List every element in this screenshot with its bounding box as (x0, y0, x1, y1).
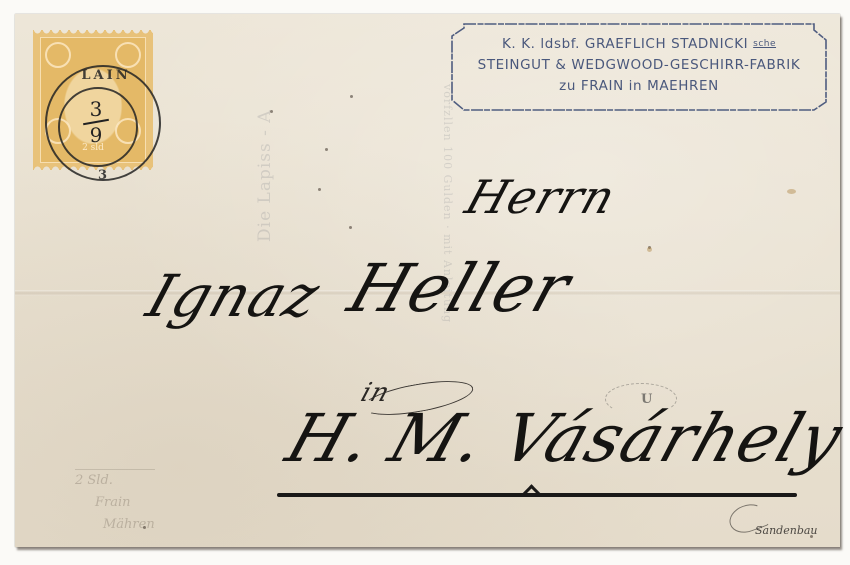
pencil-note-value: 2 Sld. (75, 470, 155, 492)
postmark-bottom-mark: 3 (98, 168, 107, 183)
pencil-note-region: Mähren (75, 514, 155, 536)
address-first-name: Ignaz (139, 262, 329, 330)
handstamp-line-1-suffix: sche (753, 39, 776, 49)
postmark-date: 3 9 (78, 98, 114, 146)
foxing-speck (318, 188, 321, 191)
company-handstamp: K. K. ldsbf. GRAEFLICH STADNICKI sche ST… (450, 22, 828, 112)
stamp-ornament-icon (115, 42, 141, 68)
foxing-speck (810, 535, 813, 538)
postmark-month: 9 (90, 123, 103, 147)
pencil-note-town: Frain (75, 492, 155, 514)
foxing-speck (349, 226, 352, 229)
address-last-name: Heller (339, 250, 579, 327)
handstamp-line-1: K. K. ldsbf. GRAEFLICH STADNICKI sche (450, 34, 828, 55)
foxing-speck (270, 110, 273, 113)
foxing-speck (350, 95, 353, 98)
postmark-town: LAIN (66, 68, 146, 83)
paper-stain (647, 247, 652, 252)
foxing-speck (325, 148, 328, 151)
arrival-postmark-mark: U (641, 392, 652, 407)
address-underline-flourish (277, 493, 797, 497)
stamp-ornament-icon (45, 42, 71, 68)
expert-signature: Sandenbau (755, 524, 818, 537)
foxing-speck (143, 526, 146, 529)
handstamp-line-1-main: K. K. ldsbf. GRAEFLICH STADNICKI (502, 36, 748, 52)
paper-stain (787, 189, 796, 194)
handstamp-line-2: STEINGUT & WEDGWOOD-GESCHIRR-FABRIK (450, 55, 828, 76)
handstamp-line-3: zu FRAIN in MAEHREN (450, 76, 828, 97)
postmark-day: 3 (90, 97, 103, 121)
address-salutation: Herrn (459, 170, 622, 224)
show-through-vertical-text: Die Lapiss - A (255, 109, 275, 242)
address-place: H. M. Vásárhely (277, 400, 850, 477)
